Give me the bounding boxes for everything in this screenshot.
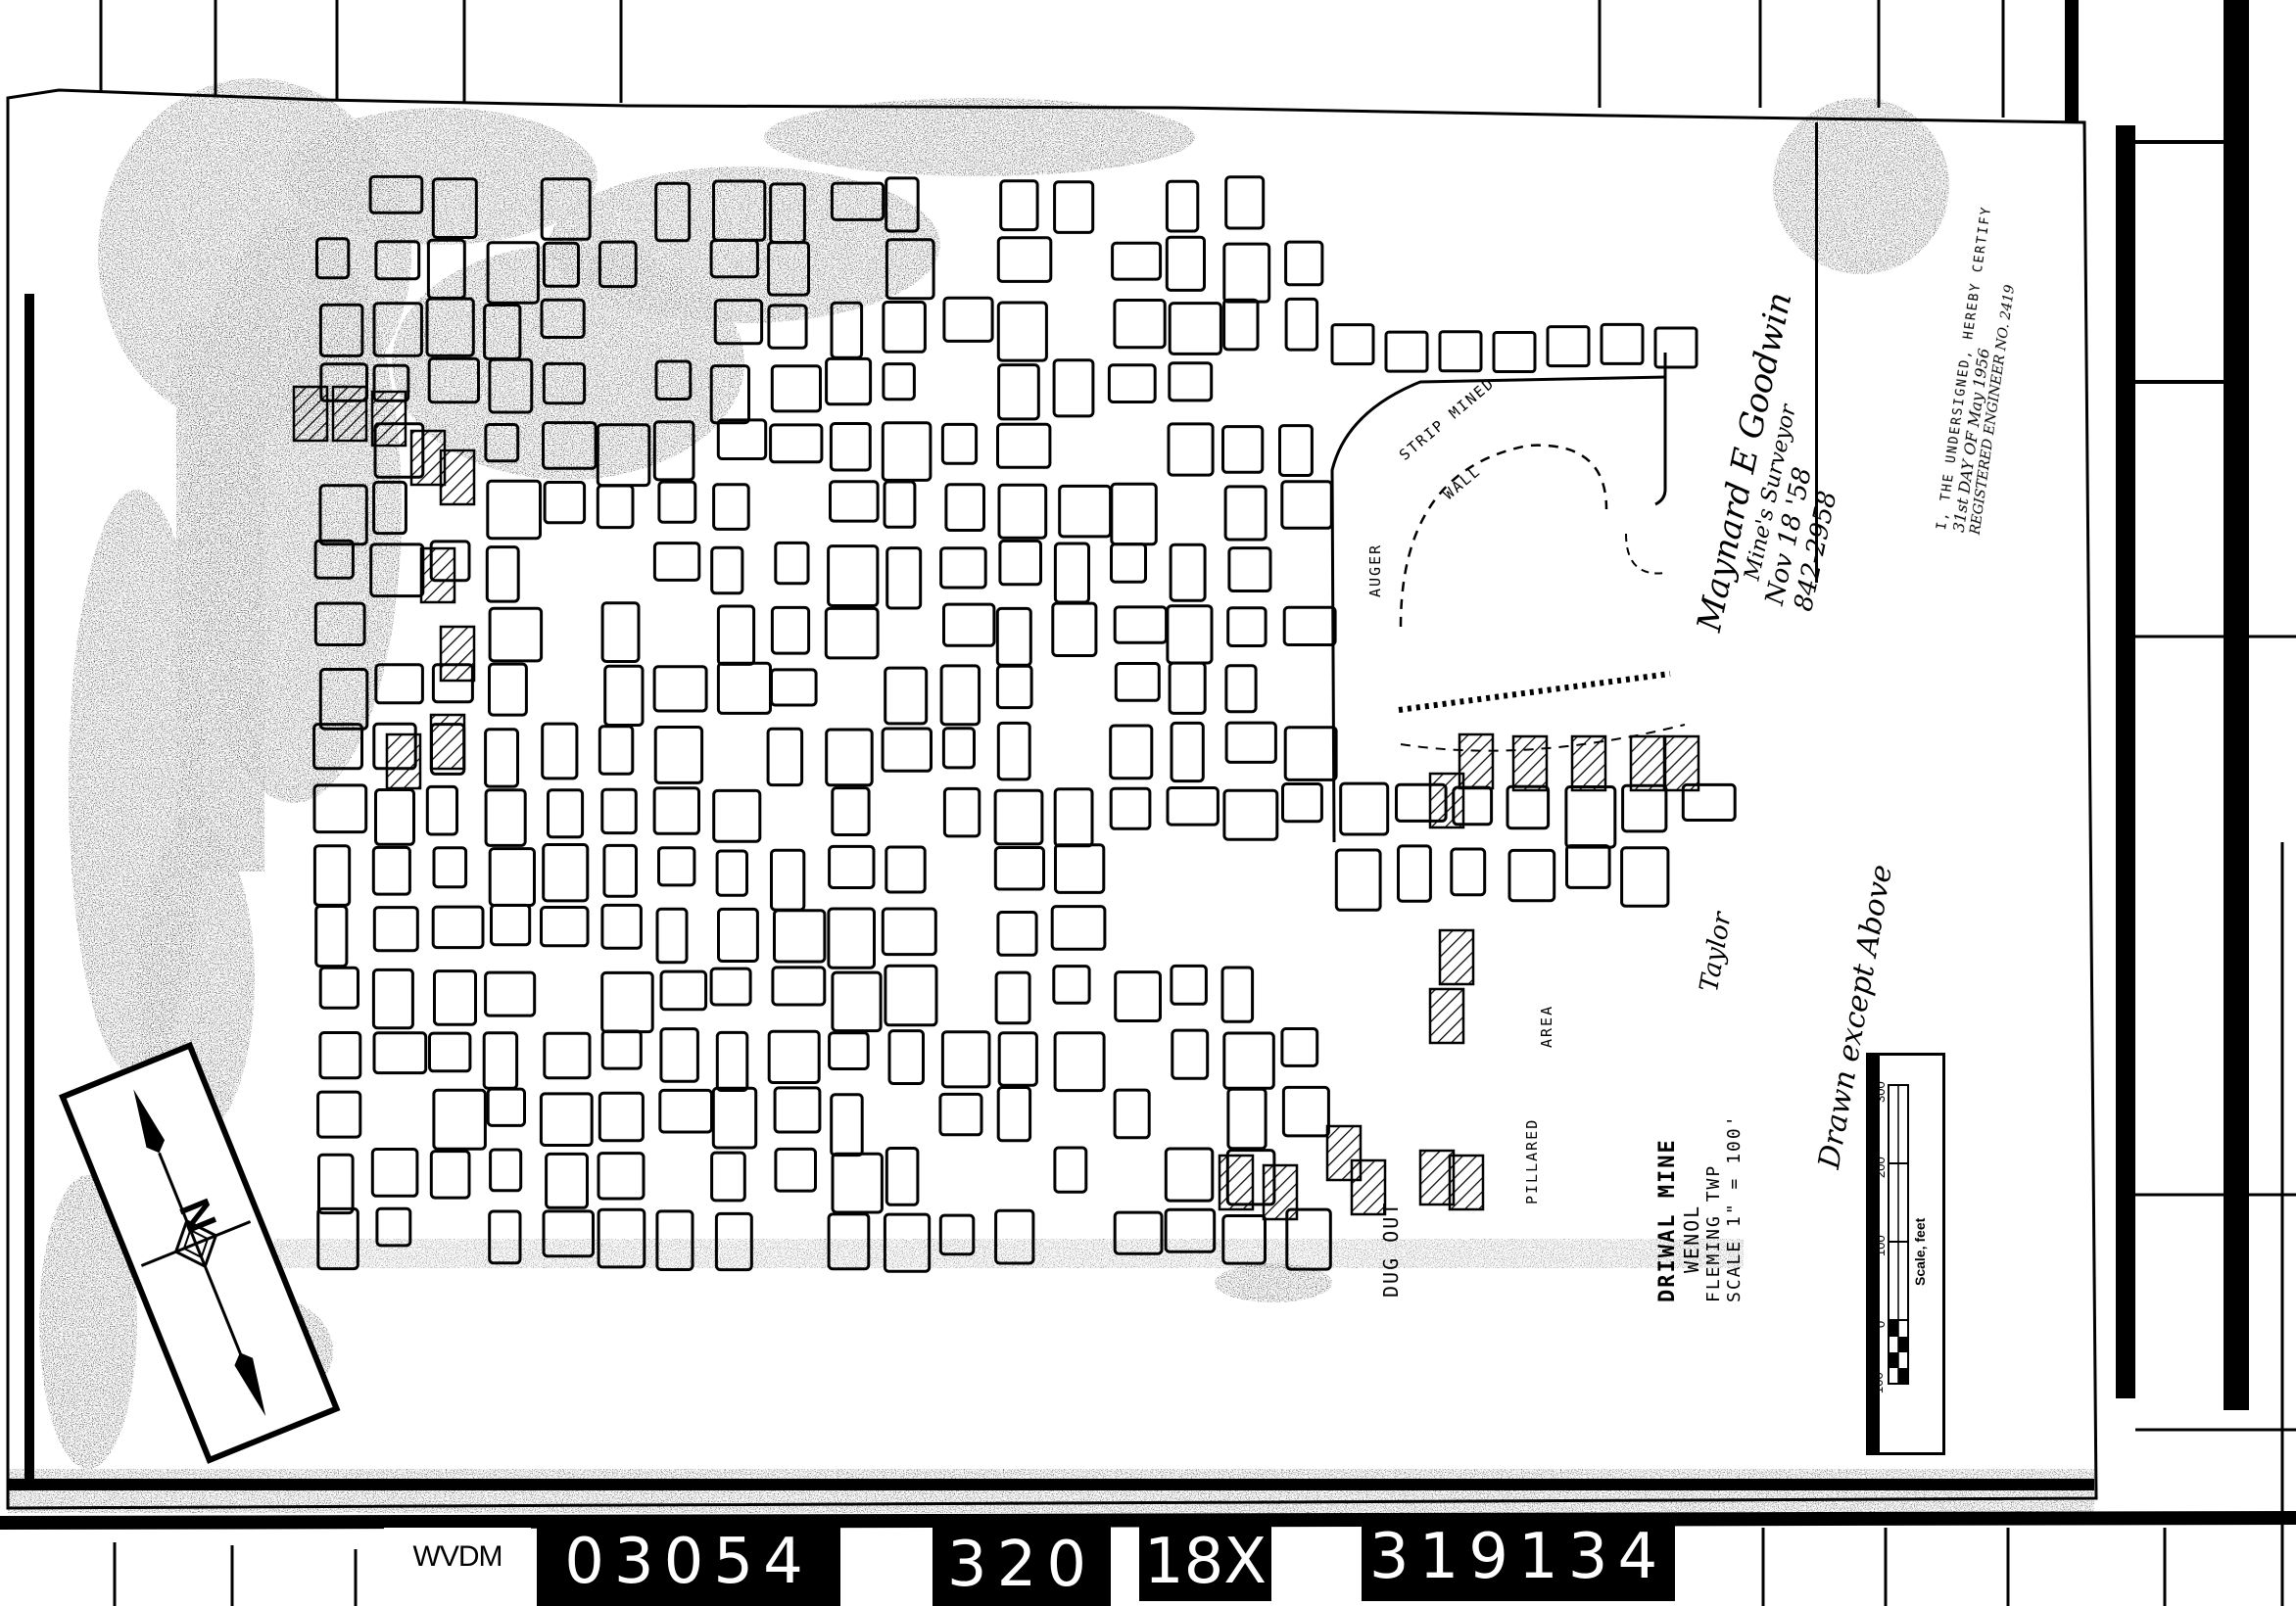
scale-tick-200: 200 [1873,1157,1888,1178]
scale-tick-0: 0 [1873,1321,1888,1328]
archive-field-1: 03054 [537,1518,840,1606]
archive-field-4: 319134 [1362,1513,1675,1601]
mine-name: DRIWAL MINE [1655,1113,1680,1302]
label-area: AREA [1538,1005,1555,1048]
company-name: WENOL [1680,1113,1703,1302]
scale-title: Scale, feet [1912,1218,1928,1286]
mine-map-drawing [0,0,2296,1606]
map-scale-text: SCALE 1" = 100' [1724,1113,1745,1302]
scale-tick-300: 300 [1873,1081,1888,1103]
title-block: DRIWAL MINE WENOL FLEMING TWP SCALE 1" =… [1655,1113,1745,1302]
township: FLEMING TWP [1703,1113,1724,1302]
scale-tick-100: 100 [1873,1235,1888,1256]
scale-bar: 100 0 100 200 300 Scale, feet [1866,1053,1945,1455]
label-dug-out: DUG OUT [1379,1202,1403,1298]
archive-field-3: 18X [1139,1523,1271,1601]
scanned-map-sheet: N STRIP MINED WALL AUGER PILLARED AREA D… [0,0,2296,1606]
cert-border-line [1815,122,1818,583]
archive-prefix: WVDM [384,1528,531,1586]
label-pillared: PILLARED [1523,1118,1541,1204]
right-frame-bars [2065,0,2296,1606]
label-auger: AUGER [1366,543,1384,597]
scale-tick-100-left: 100 [1871,1372,1886,1393]
archive-field-2: 320 [933,1523,1111,1606]
